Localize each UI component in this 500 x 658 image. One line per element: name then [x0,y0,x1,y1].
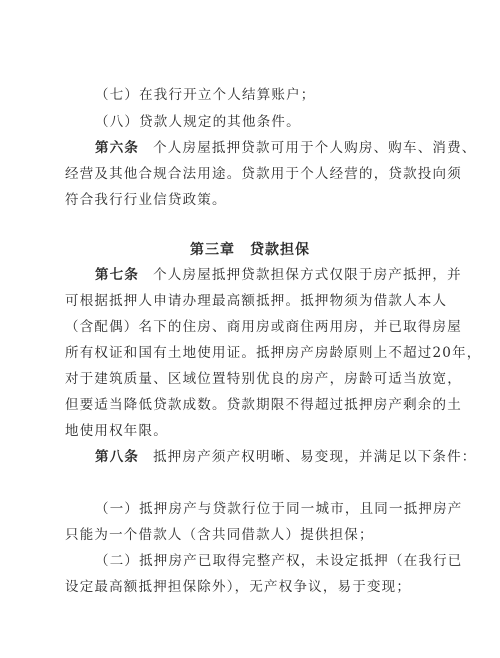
article-text: 个人房屋抵押贷款担保方式仅限于房产抵押，并 [153,267,462,283]
article-8-first-line: 第八条抵押房产须产权明晰、易变现，并满足以下条件： [95,448,475,466]
list-item-7: （七）在我行开立个人结算账户； [95,86,475,104]
chapter-heading: 第三章 贷款担保 [0,241,500,259]
condition-item-2: （二）抵押房产已取得完整产权，未设定抵押（在我行已 [95,552,475,570]
paragraph-line: 所有权证和国有土地使用证。抵押房产房龄原则上不超过20年， [65,344,445,362]
paragraph-line: 符合我行行业信贷政策。 [65,191,445,209]
article-text: 抵押房产须产权明晰、易变现，并满足以下条件： [153,449,476,465]
paragraph-line: （含配偶）名下的住房、商用房或商住两用房，并已取得房屋 [65,318,445,336]
paragraph-line: 设定最高额抵押担保除外），无产权争议，易于变现； [65,578,445,596]
paragraph-line: 但要适当降低贷款成数。贷款期限不得超过抵押房产剩余的土 [65,396,445,414]
article-label: 第六条 [95,140,139,156]
paragraph-line: 对于建筑质量、区域位置特别优良的房产，房龄可适当放宽， [65,370,445,388]
paragraph-line: 只能为一个借款人（含共同借款人）提供担保； [65,526,445,544]
paragraph-line: 可根据抵押人申请办理最高额抵押。抵押物须为借款人本人 [65,292,445,310]
article-7-first-line: 第七条个人房屋抵押贷款担保方式仅限于房产抵押，并 [95,266,475,284]
paragraph-line: 地使用权年限。 [65,422,445,440]
list-item-8: （八）贷款人规定的其他条件。 [95,113,475,131]
condition-item-1: （一）抵押房产与贷款行位于同一城市，且同一抵押房产 [95,500,475,518]
article-label: 第八条 [95,449,139,465]
article-text: 个人房屋抵押贷款可用于个人购房、购车、消费、 [153,140,476,156]
paragraph-line: 经营及其他合规合法用途。贷款用于个人经营的，贷款投向须 [65,165,445,183]
article-label: 第七条 [95,267,139,283]
article-6-first-line: 第六条个人房屋抵押贷款可用于个人购房、购车、消费、 [95,139,475,157]
